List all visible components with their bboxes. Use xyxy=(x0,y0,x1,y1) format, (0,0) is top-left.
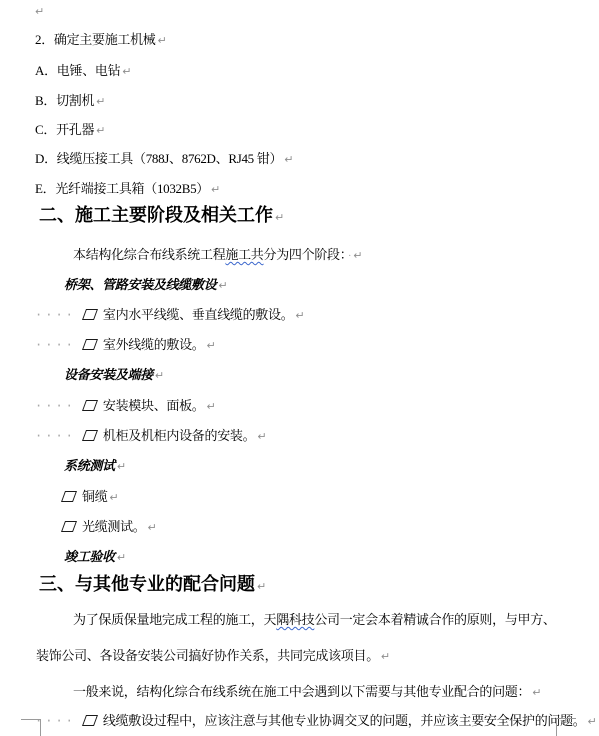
section3-paragraph1-line2: 装饰公司、各设备安装公司搞好协作关系，共同完成该项目。↵ xyxy=(36,647,390,665)
checklist-item: 铜缆↵ xyxy=(63,488,119,506)
checklist-item-text: 安装模块、面板。 xyxy=(103,398,205,413)
machinery-item-text: A．电锤、电钻 xyxy=(35,63,120,78)
phase1-title: 桥架、管路安装及线缆敷设↵ xyxy=(64,276,228,294)
paragraph-mark-icon: ↵ xyxy=(207,339,216,352)
leading-space-dots: ···· xyxy=(35,429,76,443)
phase3-title-text: 系统测试 xyxy=(64,458,115,473)
machinery-heading-text: 2．确定主要施工机械 xyxy=(35,32,156,47)
paragraph-mark-icon: ↵ xyxy=(96,95,105,108)
checklist-item-text: 光缆测试。 xyxy=(82,519,146,534)
machinery-item-text: C．开孔器 xyxy=(35,122,94,137)
paragraph-text: 公司一定会本着精诚合作的原则，与甲方、 xyxy=(314,612,555,627)
paragraph-mark-icon: ↵ xyxy=(275,211,284,224)
checklist-item: ····线缆敷设过程中，应该注意与其他专业协调交叉的问题，并应该主要安全保护的问… xyxy=(35,712,597,730)
checklist-item: ····室内水平线缆、垂直线缆的敷设。↵ xyxy=(35,306,305,324)
checklist-item-text: 机柜及机柜内设备的安装。 xyxy=(103,428,255,443)
paragraph-mark-icon: ↵ xyxy=(532,686,541,699)
empty-paragraph: ↵ xyxy=(35,2,44,20)
section2-intro: 本结构化综合布线系统工程施工共分为四个阶段：·↵ xyxy=(73,246,363,265)
paragraph-mark-icon: ↵ xyxy=(381,650,390,663)
paragraph-mark-icon: ↵ xyxy=(257,430,266,443)
paragraph-mark-icon: ↵ xyxy=(117,551,126,564)
paragraph-mark-icon: ↵ xyxy=(148,521,157,534)
machinery-item-e: E．光纤端接工具箱（1032B5）↵ xyxy=(35,180,220,198)
intro-text-underlined: 施工共 xyxy=(225,247,263,262)
checkbox-bullet-icon xyxy=(82,400,98,411)
paragraph-mark-icon: ↵ xyxy=(284,153,293,166)
paragraph-mark-icon: ↵ xyxy=(257,580,266,593)
checklist-item-text: 铜缆 xyxy=(82,489,107,504)
checkbox-bullet-icon xyxy=(61,521,77,532)
section2-heading-text: 二、施工主要阶段及相关工作 xyxy=(39,205,273,226)
checkbox-bullet-icon xyxy=(82,430,98,441)
checklist-item: ····室外线缆的敷设。↵ xyxy=(35,336,216,354)
section3-heading-text: 三、与其他专业的配合问题 xyxy=(39,574,255,595)
leading-space-dots: ···· xyxy=(35,399,76,413)
phase4-title: 竣工验收↵ xyxy=(64,548,126,566)
phase2-title-text: 设备安装及端接 xyxy=(64,367,153,382)
machinery-item-text: E．光纤端接工具箱（1032B5） xyxy=(35,181,209,196)
section3-paragraph2: 一般来说，结构化综合布线系统在施工中会遇到以下需要与其他专业配合的问题：↵ xyxy=(73,683,541,701)
machinery-item-c: C．开孔器↵ xyxy=(35,121,105,139)
machinery-item-d: D．线缆压接工具（788J、8762D、RJ45 钳）↵ xyxy=(35,150,293,168)
machinery-item-text: B．切割机 xyxy=(35,93,94,108)
paragraph-text: 装饰公司、各设备安装公司搞好协作关系，共同完成该项目。 xyxy=(36,648,379,663)
text-boundary-mark-bottom-left xyxy=(21,719,41,736)
machinery-item-b: B．切割机↵ xyxy=(35,92,105,110)
checklist-item: ····安装模块、面板。↵ xyxy=(35,397,216,415)
paragraph-text: 一般来说，结构化综合布线系统在施工中会遇到以下需要与其他专业配合的问题： xyxy=(73,684,530,699)
paragraph-mark-icon: ↵ xyxy=(35,5,44,18)
section3-heading: 三、与其他专业的配合问题↵ xyxy=(39,574,266,598)
paragraph-mark-icon: ↵ xyxy=(295,309,304,322)
paragraph-mark-icon: ↵ xyxy=(117,460,126,473)
phase1-title-text: 桥架、管路安装及线缆敷设 xyxy=(64,277,216,292)
phase4-title-text: 竣工验收 xyxy=(64,549,115,564)
leading-space-dots: ···· xyxy=(35,308,76,322)
intro-text-pre: 本结构化综合布线系统工程 xyxy=(73,247,225,262)
paragraph-mark-icon: ↵ xyxy=(211,183,220,196)
paragraph-mark-icon: ↵ xyxy=(353,249,362,262)
checklist-item-text: 室内水平线缆、垂直线缆的敷设。 xyxy=(103,307,294,322)
intro-text-post: 分为四个阶段： xyxy=(264,247,346,262)
paragraph-mark-icon: ↵ xyxy=(207,400,216,413)
paragraph-mark-icon: ↵ xyxy=(588,715,597,728)
text-boundary-mark-bottom-right xyxy=(556,718,576,736)
machinery-heading: 2．确定主要施工机械↵ xyxy=(35,31,167,49)
checklist-item: ····机柜及机柜内设备的安装。↵ xyxy=(35,427,267,445)
space-mark-icon: · xyxy=(348,250,351,262)
section2-heading: 二、施工主要阶段及相关工作↵ xyxy=(39,205,284,229)
checkbox-bullet-icon xyxy=(82,309,98,320)
paragraph-mark-icon: ↵ xyxy=(155,369,164,382)
paragraph-mark-icon: ↵ xyxy=(96,124,105,137)
document-page: ↵ 2．确定主要施工机械↵ A．电锤、电钻↵ B．切割机↵ C．开孔器↵ D．线… xyxy=(0,0,599,736)
machinery-item-text: D．线缆压接工具（788J、8762D、RJ45 钳） xyxy=(35,151,282,166)
machinery-item-a: A．电锤、电钻↵ xyxy=(35,62,132,80)
paragraph-text-underlined: 隅科技 xyxy=(276,612,314,627)
phase3-title: 系统测试↵ xyxy=(64,457,126,475)
checkbox-bullet-icon xyxy=(82,715,98,726)
checklist-item-text: 室外线缆的敷设。 xyxy=(103,337,205,352)
checkbox-bullet-icon xyxy=(82,339,98,350)
section3-paragraph1-line1: 为了保质保量地完成工程的施工，天隅科技公司一定会本着精诚合作的原则，与甲方、 xyxy=(73,611,556,628)
leading-space-dots: ···· xyxy=(35,714,76,728)
checklist-item: 光缆测试。↵ xyxy=(63,518,157,536)
paragraph-mark-icon: ↵ xyxy=(109,491,118,504)
paragraph-text: 为了保质保量地完成工程的施工，天 xyxy=(73,612,276,627)
checkbox-bullet-icon xyxy=(61,491,77,502)
leading-space-dots: ···· xyxy=(35,338,76,352)
phase2-title: 设备安装及端接↵ xyxy=(64,366,164,384)
paragraph-mark-icon: ↵ xyxy=(122,65,131,78)
paragraph-mark-icon: ↵ xyxy=(218,279,227,292)
paragraph-mark-icon: ↵ xyxy=(158,34,167,47)
checklist-item-text: 线缆敷设过程中，应该注意与其他专业协调交叉的问题，并应该主要安全保护的问题。 xyxy=(103,713,586,728)
